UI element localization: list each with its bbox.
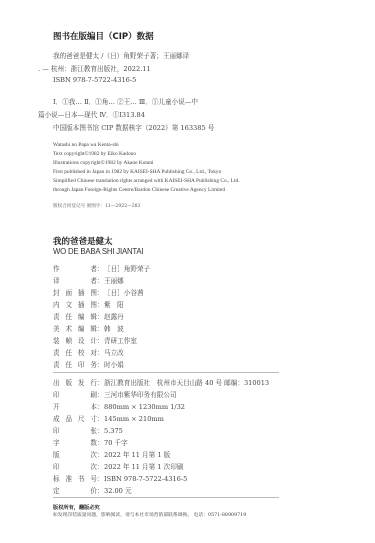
pub-value: ISBN 978-7-5722-4316-5	[104, 475, 187, 483]
cip-line: 篇小说—日本—现代 Ⅳ．①I313.84	[38, 109, 145, 119]
pub-label: 开 本	[53, 401, 97, 411]
credit-value: 紫 阳	[104, 301, 124, 309]
credit-label: 作 者	[53, 263, 97, 273]
pub-row-edition: 版 次：2022 年 11 月第 1 版	[53, 449, 170, 459]
cip-heading: 图书在版编目（CIP）数据	[53, 30, 154, 42]
book-title-pinyin: WO DE BABA SHI JIANTAI	[53, 247, 143, 256]
credit-row-cover-illustration: 封面插图：［日］小谷茜	[53, 287, 144, 297]
credit-label: 责任编辑	[53, 311, 97, 321]
credit-value: 韩 波	[104, 325, 124, 333]
english-copyright-line: Simplified Chinese translation rights ar…	[53, 178, 240, 184]
pub-label: 标准书号	[53, 473, 97, 483]
cip-line: 中国版本图书馆 CIP 数据核字（2022）第 163385 号	[53, 122, 214, 132]
rights-note: 如发现印装质量问题，影响阅读，请与本社市场营销部联系调换。 电话：0571-88…	[53, 511, 246, 518]
pub-row-publisher: 出版发行：浙江教育出版社 杭州市天目山路 40 号 邮编：310013	[53, 377, 269, 387]
pub-value: 70 千字	[104, 439, 128, 447]
credit-row-proofreader: 责任校对：马立改	[53, 347, 124, 357]
pub-value: 5.375	[104, 427, 123, 435]
pub-label: 印 张	[53, 425, 97, 435]
pub-row-size: 成品尺寸：145mm × 210mm	[53, 413, 164, 423]
pub-label: 出版发行	[53, 377, 97, 387]
credit-label: 内文插图	[53, 299, 97, 309]
cip-line: Ⅰ．①我… Ⅱ．①角… ②王… Ⅲ．①儿童小说—中	[53, 96, 198, 106]
credit-row-author: 作 者：［日］角野荣子	[53, 263, 150, 273]
credit-value: ［日］小谷茜	[104, 289, 144, 297]
credit-value: 赵露丹	[104, 313, 124, 321]
pub-row-format: 开 本：880mm × 1230mm 1/32	[53, 401, 185, 411]
rights-title: 版权所有，翻版必究	[53, 504, 100, 511]
pub-label: 版 次	[53, 449, 97, 459]
pub-row-word-count: 字 数：70 千字	[53, 437, 128, 447]
english-copyright-line: through Japan Foreign-Rights Centre/Bard…	[53, 187, 225, 193]
registration-number: 版权合同登记号 浙图字：11—2022—283	[53, 203, 140, 209]
credit-row-art-editor: 美术编辑：韩 波	[53, 323, 124, 333]
credit-label: 封面插图	[53, 287, 97, 297]
credit-label: 美术编辑	[53, 323, 97, 333]
pub-row-impression: 印 次：2022 年 11 月第 1 次印刷	[53, 461, 183, 471]
pub-label: 印 刷	[53, 389, 97, 399]
pub-value: 32.00 元	[104, 487, 132, 495]
pub-row-price: 定 价：32.00 元	[53, 485, 132, 495]
credit-row-translator: 译 者：王丽娜	[53, 275, 124, 285]
cip-line: ISBN 978-7-5722-4316-5	[53, 76, 136, 84]
credit-row-editor: 责任编辑：赵露丹	[53, 311, 124, 321]
credit-value: 马立改	[104, 349, 124, 357]
divider	[53, 497, 279, 498]
pub-value: 2022 年 11 月第 1 版	[104, 451, 170, 459]
pub-label: 字 数	[53, 437, 97, 447]
pub-row-sheets: 印 张：5.375	[53, 425, 123, 435]
pub-value: 880mm × 1230mm 1/32	[104, 403, 185, 411]
pub-value: 145mm × 210mm	[104, 415, 164, 423]
pub-row-isbn: 标准书号：ISBN 978-7-5722-4316-5	[53, 473, 187, 483]
credit-value: 时小娟	[104, 361, 124, 369]
pub-value: 2022 年 11 月第 1 次印刷	[104, 463, 183, 471]
credit-row-printing-manager: 责任印务：时小娟	[53, 359, 124, 369]
cip-line: . — 杭州：浙江教育出版社，2022.11	[38, 63, 151, 73]
pub-row-printer: 印 刷：三河市紫华印务有限公司	[53, 389, 177, 399]
pub-label: 定 价	[53, 485, 97, 495]
copyright-page: 图书在版编目（CIP）数据 我的爸爸是健太 /（日）角野荣子著；王丽娜译 . —…	[0, 0, 375, 543]
english-copyright-line: Illustrations copyright©1982 by Akane Ko…	[53, 160, 154, 166]
credit-row-interior-illustration: 内文插图：紫 阳	[53, 299, 124, 309]
pub-label: 成品尺寸	[53, 413, 97, 423]
book-title: 我的爸爸是健太	[53, 235, 113, 247]
credit-value: 青研工作室	[104, 337, 137, 345]
english-copyright-line: First published in Japan in 1982 by KAIS…	[53, 169, 221, 175]
credit-value: 王丽娜	[104, 277, 124, 285]
credit-row-design: 装帧设计：青研工作室	[53, 335, 137, 345]
pub-label: 印 次	[53, 461, 97, 471]
pub-value: 三河市紫华印务有限公司	[104, 391, 177, 399]
credit-value: ［日］角野荣子	[104, 265, 150, 273]
credit-label: 装帧设计	[53, 335, 97, 345]
credit-label: 译 者	[53, 275, 97, 285]
english-copyright-line: Text copyright©1982 by Eiko Kadono	[53, 151, 136, 157]
credit-label: 责任校对	[53, 347, 97, 357]
pub-value: 浙江教育出版社 杭州市天目山路 40 号 邮编：310013	[104, 379, 269, 387]
divider	[53, 372, 279, 373]
credit-label: 责任印务	[53, 359, 97, 369]
cip-line: 我的爸爸是健太 /（日）角野荣子著；王丽娜译	[53, 50, 189, 60]
english-copyright-line: Watashi no Papa wa Kenta-shi	[53, 142, 119, 148]
